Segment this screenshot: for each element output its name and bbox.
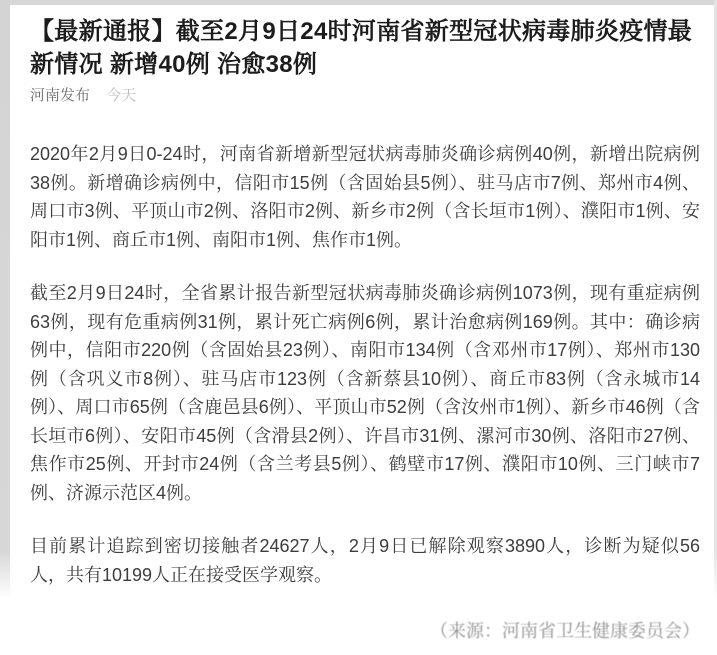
article-container: 【最新通报】截至2月9日24时河南省新型冠状病毒肺炎疫情最新情况 新增40例 治…: [10, 5, 714, 646]
paragraph-cumulative-cases: 截至2月9日24时，全省累计报告新型冠状病毒肺炎确诊病例1073例，现有重症病例…: [30, 279, 700, 507]
article-body: 2020年2月9日0-24时，河南省新增新型冠状病毒肺炎确诊病例40例，新增出院…: [30, 140, 700, 646]
paragraph-new-cases: 2020年2月9日0-24时，河南省新增新型冠状病毒肺炎确诊病例40例，新增出院…: [30, 140, 700, 254]
publisher-account-link[interactable]: 河南发布: [30, 87, 90, 104]
publish-time: 今天: [106, 87, 136, 104]
byline: 河南发布 今天: [30, 87, 700, 105]
source-attribution: （来源：河南省卫生健康委员会）: [30, 617, 700, 646]
page-frame-left: [0, 0, 10, 599]
article-title: 【最新通报】截至2月9日24时河南省新型冠状病毒肺炎疫情最新情况 新增40例 治…: [30, 15, 700, 81]
paragraph-contact-tracing: 目前累计追踪到密切接触者24627人，2月9日已解除观察3890人，诊断为疑似5…: [30, 532, 700, 589]
